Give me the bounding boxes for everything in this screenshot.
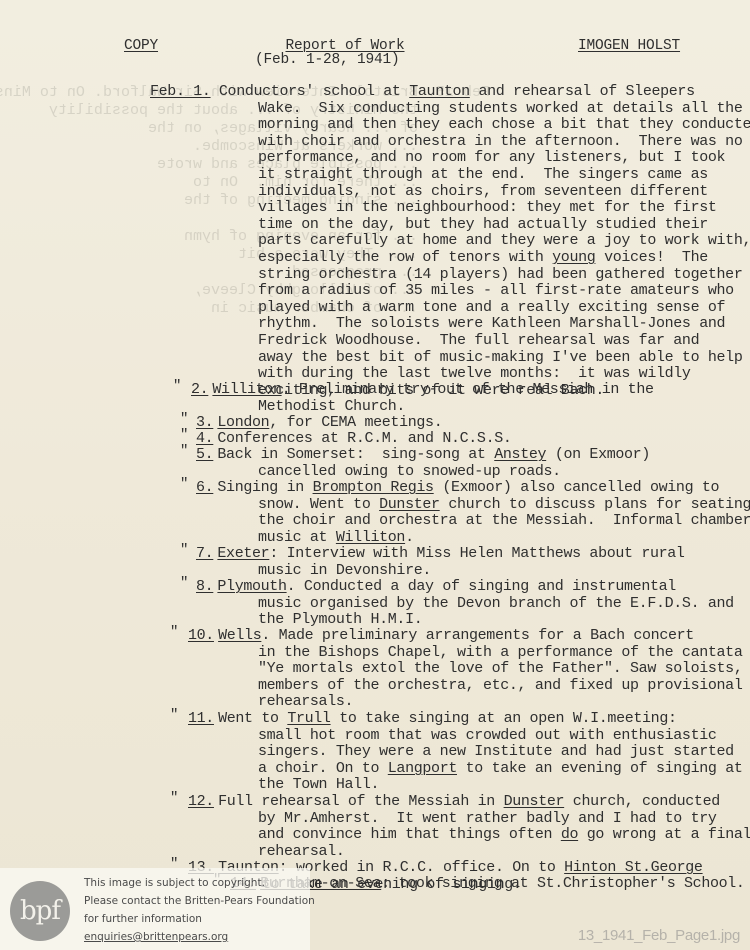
contact-email-link[interactable]: enquiries@brittenpears.org bbox=[84, 931, 228, 943]
entry-text-line: Fredrick Woodhouse. The full rehearsal w… bbox=[258, 333, 699, 350]
entry-text-line: small hot room that was crowded out with… bbox=[258, 728, 717, 745]
entry-text-line: rhythm. The soloists were Kathleen Marsh… bbox=[258, 316, 725, 333]
entry-date: 5. bbox=[196, 447, 213, 464]
entry-date: 12. bbox=[188, 794, 214, 811]
entry-date: 7. bbox=[196, 546, 213, 563]
entry-text-line: by Mr.Amherst. It went rather badly and … bbox=[258, 811, 717, 828]
entry-text-line: villages in the neighbourhood: they met … bbox=[258, 200, 717, 217]
ditto-mark: " bbox=[180, 427, 188, 444]
entry-date: Feb. 1. bbox=[150, 84, 211, 101]
entry-text-line: music at Williton. bbox=[258, 530, 414, 547]
ditto-mark: " bbox=[170, 707, 178, 724]
entry-text-line: Wells. Made preliminary arrangements for… bbox=[218, 628, 694, 645]
bpf-logo: bpf bbox=[10, 881, 70, 941]
author-name: IMOGEN HOLST bbox=[578, 38, 680, 54]
entry-text-line: snow. Went to Dunster church to discuss … bbox=[258, 497, 750, 514]
ditto-mark: " bbox=[180, 476, 188, 493]
entry-text-line: Wake. Six conducting students worked at … bbox=[258, 101, 742, 118]
entry-text-line: Burnham-on-Sea: took singing at St.Chris… bbox=[260, 876, 745, 893]
further-info-notice: for further information bbox=[84, 913, 202, 925]
copy-label: COPY bbox=[124, 38, 158, 54]
entry-text-line: Went to Trull to take singing at an open… bbox=[218, 711, 677, 728]
entry-date: 6. bbox=[196, 480, 213, 497]
entry-text-line: performance, and no room for any listene… bbox=[258, 150, 725, 167]
entry-text-line: from a radius of 35 miles - all first-ra… bbox=[258, 283, 734, 300]
entry-text-line: Methodist Church. bbox=[258, 399, 405, 416]
entry-text-line: it straight through at the end. The sing… bbox=[258, 167, 708, 184]
entry-date: 10. bbox=[188, 628, 214, 645]
entry-text-line: Plymouth. Conducted a day of singing and… bbox=[217, 579, 676, 596]
entry-text-line: away the best bit of music-making I've b… bbox=[258, 350, 742, 367]
ditto-mark: " bbox=[170, 790, 178, 807]
entry-text-line: especially the row of tenors with young … bbox=[258, 250, 708, 267]
ditto-mark: " bbox=[180, 411, 188, 428]
entry-text-line: the Town Hall. bbox=[258, 777, 379, 794]
image-filename: 13_1941_Feb_Page1.jpg bbox=[578, 927, 740, 944]
entry-text-line: cancelled owing to snowed-up roads. bbox=[258, 464, 561, 481]
entry-text-line: music organised by the Devon branch of t… bbox=[258, 596, 734, 613]
ditto-mark: " bbox=[180, 542, 188, 559]
entry-text-line: members of the orchestra, etc., and fixe… bbox=[258, 678, 742, 695]
entry-text-line: Singing in Brompton Regis (Exmoor) also … bbox=[217, 480, 719, 497]
entry-text-line: "Ye mortals extol the love of the Father… bbox=[258, 661, 742, 678]
entry-date: 2. bbox=[191, 382, 208, 399]
entry-text-line: with choir and orchestra in the afternoo… bbox=[258, 134, 742, 151]
entry-date: 11. bbox=[188, 711, 214, 728]
entry-text-line: individuals, not as choirs, from sevente… bbox=[258, 184, 708, 201]
entry-text-line: a choir. On to Langport to take an eveni… bbox=[258, 761, 743, 778]
entry-text-line: played with a warm tone and a really exc… bbox=[258, 300, 725, 317]
ditto-mark: " bbox=[180, 443, 188, 460]
entry-text-line: rehearsal. bbox=[258, 844, 345, 861]
entry-text-line: Back in Somerset: sing-song at Anstey (o… bbox=[217, 447, 650, 464]
entry-text-line: Williton. Preliminary try-out of the Mes… bbox=[212, 382, 653, 399]
entry-text-line: in the Bishops Chapel, with a performanc… bbox=[258, 645, 742, 662]
copyright-notice: This image is subject to copyright. bbox=[84, 877, 265, 889]
contact-notice: Please contact the Britten-Pears Foundat… bbox=[84, 895, 315, 907]
entry-text-line: time on the day, but they had actually s… bbox=[258, 217, 708, 234]
entry-text-line: rehearsals. bbox=[258, 694, 353, 711]
entry-text-line: Conductors' school at Taunton and rehear… bbox=[219, 84, 695, 101]
ditto-mark: " bbox=[170, 624, 178, 641]
entry-date: 8. bbox=[196, 579, 213, 596]
report-date-range: (Feb. 1-28, 1941) bbox=[255, 52, 400, 68]
entry-text-line: parts carefully at home and they were a … bbox=[258, 233, 750, 250]
entry-text-line: morning and then they each chose a bit t… bbox=[258, 117, 750, 134]
entry-text-line: string orchestra (14 players) had been g… bbox=[258, 267, 742, 284]
entry-text-line: the choir and orchestra at the Messiah. … bbox=[258, 513, 750, 530]
entry-text-line: and convince him that things often do go… bbox=[258, 827, 750, 844]
ditto-mark: " bbox=[173, 378, 181, 395]
entry-text-line: music in Devonshire. bbox=[258, 563, 431, 580]
ditto-mark: " bbox=[180, 575, 188, 592]
entry-text-line: singers. They were a new Institute and h… bbox=[258, 744, 734, 761]
entry-text-line: Exeter: Interview with Miss Helen Matthe… bbox=[217, 546, 684, 563]
document-page: Feb 15. Bristol. Interview with Sir Walf… bbox=[0, 0, 750, 950]
entry-text-line: Full rehearsal of the Messiah in Dunster… bbox=[218, 794, 720, 811]
